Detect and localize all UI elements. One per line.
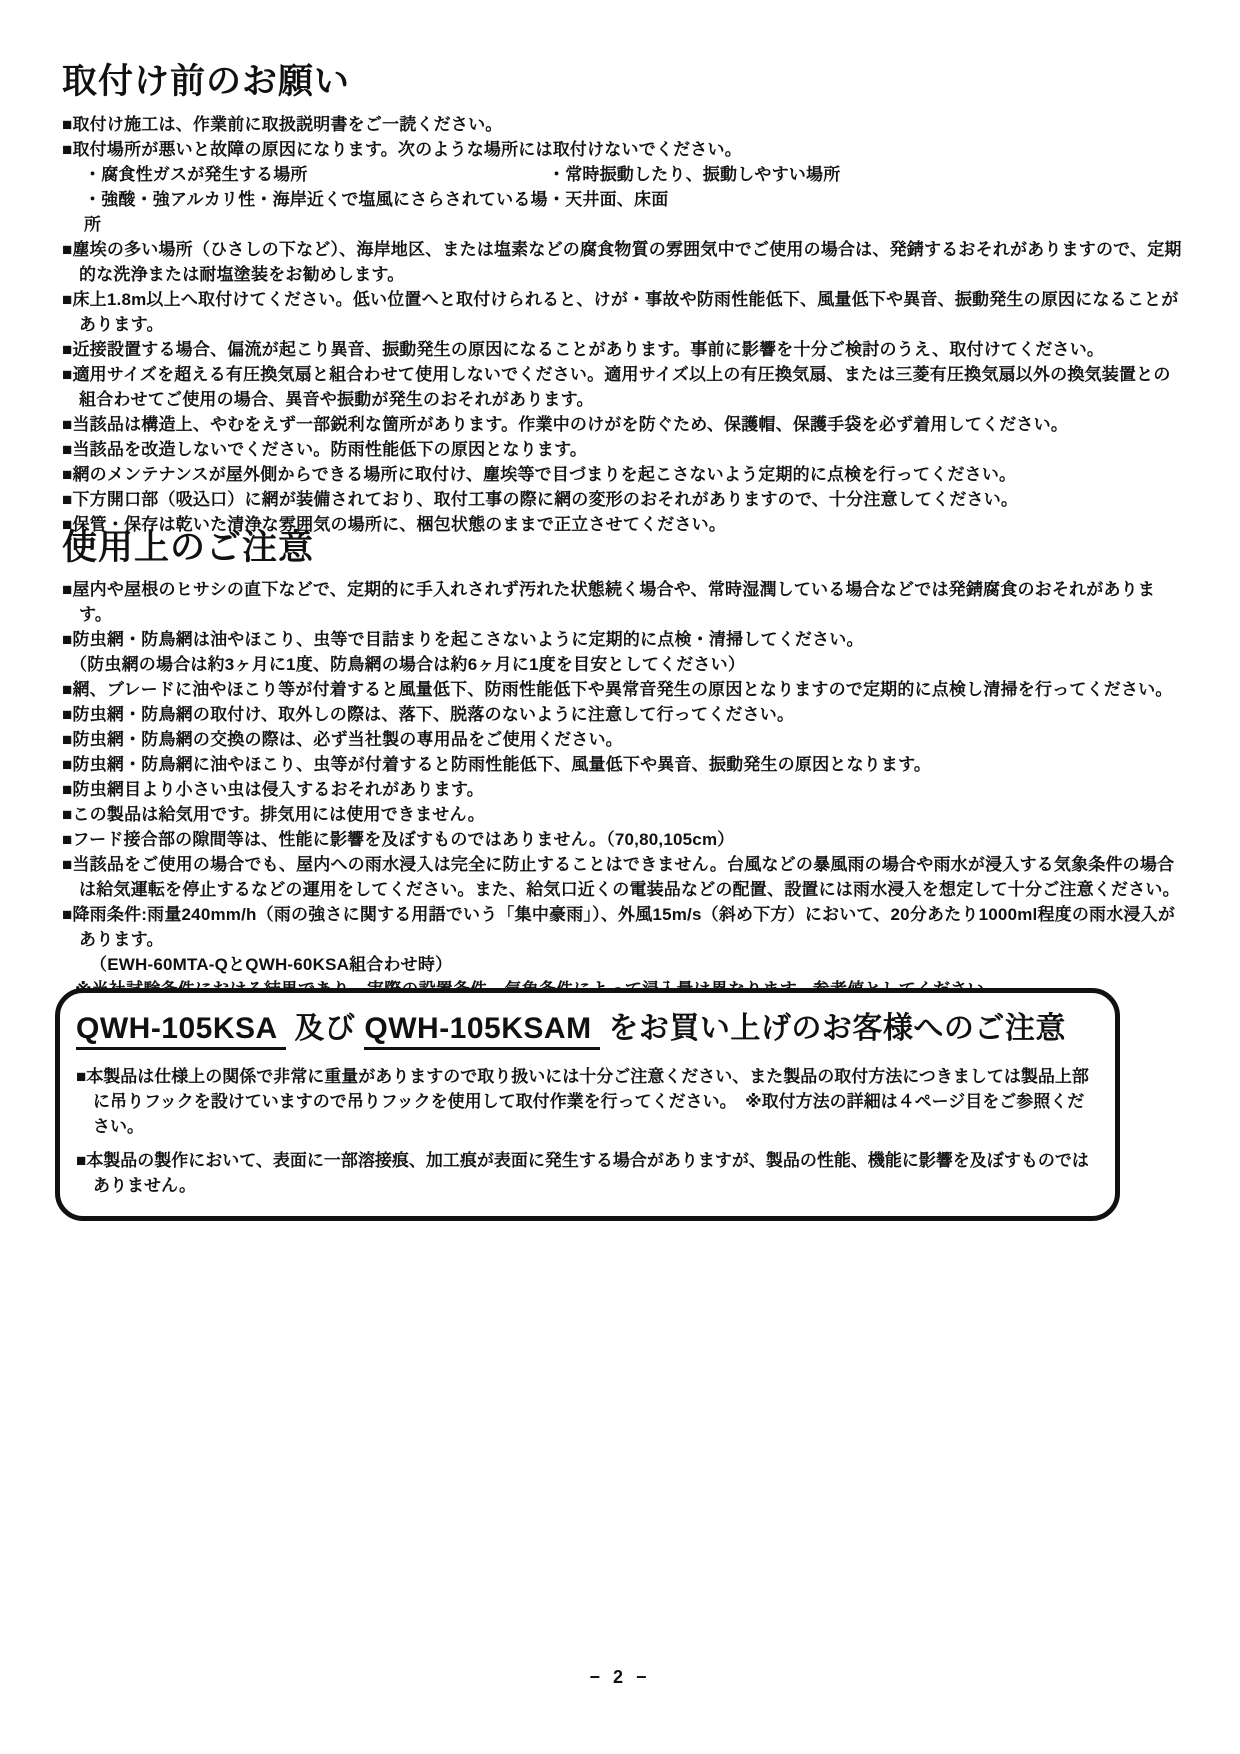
avoid-location-row: ・腐食性ガスが発生する場所 ・常時振動したり、振動しやすい場所 (62, 162, 1184, 187)
list-item: ■本製品の製作において、表面に一部溶接痕、加工痕が表面に発生する場合がありますが… (76, 1148, 1099, 1198)
model-number-qwh-105ksa: QWH-105KSA (76, 1012, 286, 1050)
model-notice-title-rest: をお買い上げのお客様へのご注意 (600, 1012, 1066, 1045)
model-number-qwh-105ksam: QWH-105KSAM (364, 1012, 599, 1050)
avoid-location-right: ・常時振動したり、振動しやすい場所 (548, 162, 840, 187)
list-item: ■防虫網・防鳥網は油やほこり、虫等で目詰まりを起こさないように定期的に点検・清掃… (62, 627, 1184, 652)
list-item: ■防虫網・防鳥網の交換の際は、必ず当社製の専用品をご使用ください。 (62, 727, 1184, 752)
list-item: ■当該品を改造しないでください。防雨性能低下の原因となります。 (62, 437, 1184, 462)
list-item: ■フード接合部の隙間等は、性能に影響を及ぼすものではありません。（70,80,1… (62, 827, 1184, 852)
list-item: ■下方開口部（吸込口）に網が装備されており、取付工事の際に網の変形のおそれがあり… (62, 487, 1184, 512)
list-item: ■床上1.8m以上へ取付けてください。低い位置へと取付けられると、けが・事故や防… (62, 287, 1184, 337)
list-item: ■屋内や屋根のヒサシの直下などで、定期的に手入れされず汚れた状態続く場合や、常時… (62, 577, 1184, 627)
list-item: ■取付場所が悪いと故障の原因になります。次のような場所には取付けないでください。 (62, 137, 1184, 162)
section-title-usage: 使用上のご注意 (62, 520, 314, 570)
model-notice-list: ■本製品は仕様上の関係で非常に重量がありますので取り扱いには十分ご注意ください、… (76, 1064, 1099, 1198)
usage-notes-list: ■屋内や屋根のヒサシの直下などで、定期的に手入れされず汚れた状態続く場合や、常時… (62, 577, 1184, 1002)
list-item: ■網のメンテナンスが屋外側からできる場所に取付け、塵埃等で目づまりを起こさないよ… (62, 462, 1184, 487)
pre-installation-list: ■取付け施工は、作業前に取扱説明書をご一読ください。 ■取付場所が悪いと故障の原… (62, 112, 1184, 537)
list-item: ■この製品は給気用です。排気用には使用できません。 (62, 802, 1184, 827)
list-item: ■網、ブレードに油やほこり等が付着すると風量低下、防雨性能低下や異常音発生の原因… (62, 677, 1184, 702)
list-item: ■防虫網・防鳥網に油やほこり、虫等が付着すると防雨性能低下、風量低下や異音、振動… (62, 752, 1184, 777)
avoid-location-row: ・強酸・強アルカリ性・海岸近くで塩風にさらされている場所 ・天井面、床面 (62, 187, 1184, 237)
rain-combo-note: （EWH-60MTA-QとQWH-60KSA組合わせ時） (62, 952, 1184, 977)
section-title-pre-installation: 取付け前のお願い (62, 54, 350, 104)
list-item: ■近接設置する場合、偏流が起こり異音、振動発生の原因になることがあります。事前に… (62, 337, 1184, 362)
list-item: ■当該品は構造上、やむをえず一部鋭利な箇所があります。作業中のけがを防ぐため、保… (62, 412, 1184, 437)
avoid-location-left: ・腐食性ガスが発生する場所 (84, 162, 548, 187)
list-item: ■塵埃の多い場所（ひさしの下など）、海岸地区、または塩素などの腐食物質の雰囲気中… (62, 237, 1184, 287)
model-notice-box: QWH-105KSA 及び QWH-105KSAM をお買い上げのお客様へのご注… (55, 988, 1120, 1221)
list-item: ■取付け施工は、作業前に取扱説明書をご一読ください。 (62, 112, 1184, 137)
list-item: ■防虫網・防鳥網の取付け、取外しの際は、落下、脱落のないように注意して行ってくだ… (62, 702, 1184, 727)
mesh-interval-note: （防虫網の場合は約3ヶ月に1度、防鳥網の場合は約6ヶ月に1度を目安としてください… (62, 652, 1184, 677)
list-item: ■降雨条件:雨量240mm/h（雨の強さに関する用語でいう「集中豪雨」）、外風1… (62, 902, 1184, 952)
list-item: ■適用サイズを超える有圧換気扇と組合わせて使用しないでください。適用サイズ以上の… (62, 362, 1184, 412)
model-notice-conjunction: 及び (286, 1012, 365, 1045)
manual-page: 取付け前のお願い ■取付け施工は、作業前に取扱説明書をご一読ください。 ■取付場… (0, 0, 1240, 1754)
list-item: ■当該品をご使用の場合でも、屋内への雨水浸入は完全に防止することはできません。台… (62, 852, 1184, 902)
avoid-location-left: ・強酸・強アルカリ性・海岸近くで塩風にさらされている場所 (84, 187, 548, 237)
page-number: − 2 − (0, 1667, 1240, 1688)
list-item: ■本製品は仕様上の関係で非常に重量がありますので取り扱いには十分ご注意ください、… (76, 1064, 1099, 1139)
list-item: ■防虫網目より小さい虫は侵入するおそれがあります。 (62, 777, 1184, 802)
avoid-location-right: ・天井面、床面 (548, 187, 668, 237)
model-notice-title: QWH-105KSA 及び QWH-105KSAM をお買い上げのお客様へのご注… (76, 1003, 1099, 1050)
